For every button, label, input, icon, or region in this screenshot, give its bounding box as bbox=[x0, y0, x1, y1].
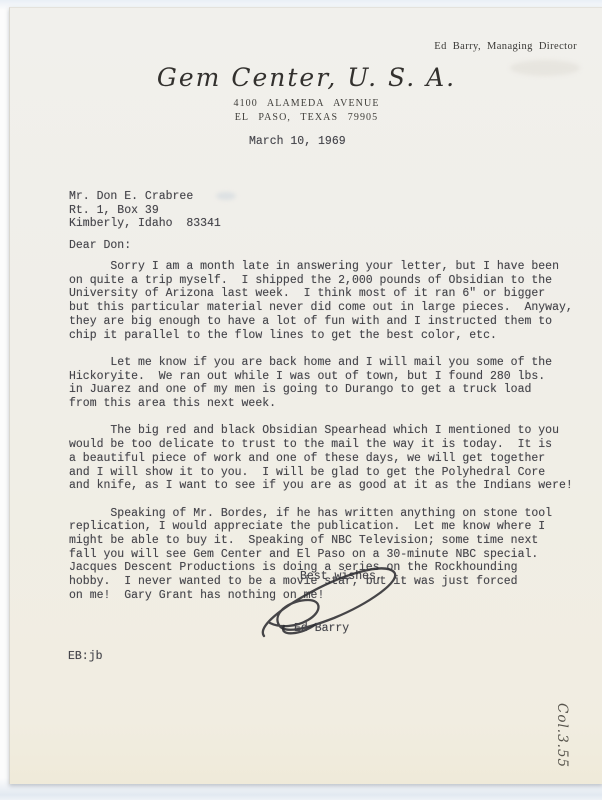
letter-paper: Ed Barry, Managing Director Gem Center, … bbox=[9, 7, 602, 784]
recipient-address: Mr. Don E. Crabree Rt. 1, Box 39 Kimberl… bbox=[69, 190, 221, 231]
letter-date: March 10, 1969 bbox=[249, 135, 346, 149]
margin-catalog-number: Col.3.55 bbox=[554, 703, 570, 768]
recipient-street: Rt. 1, Box 39 bbox=[69, 204, 221, 218]
scanned-letter: Ed Barry, Managing Director Gem Center, … bbox=[0, 0, 602, 800]
paragraph: The big red and black Obsidian Spearhead… bbox=[69, 424, 574, 493]
typist-initials: EB:jb bbox=[68, 650, 103, 664]
paragraph: Sorry I am a month late in answering you… bbox=[69, 260, 574, 342]
letterhead-address-line1: 4100 ALAMEDA AVENUE bbox=[10, 98, 602, 109]
company-name: Gem Center, U. S. A. bbox=[10, 63, 602, 92]
letterhead-address-line2: EL PASO, TEXAS 79905 bbox=[10, 112, 602, 123]
salutation: Dear Don: bbox=[69, 239, 131, 253]
typed-signature-name: Ed Barry bbox=[294, 622, 349, 636]
managing-director-line: Ed Barry, Managing Director bbox=[434, 41, 577, 52]
paragraph: Let me know if you are back home and I w… bbox=[69, 356, 574, 411]
recipient-city: Kimberly, Idaho 83341 bbox=[69, 217, 221, 231]
recipient-name: Mr. Don E. Crabree bbox=[69, 190, 221, 204]
